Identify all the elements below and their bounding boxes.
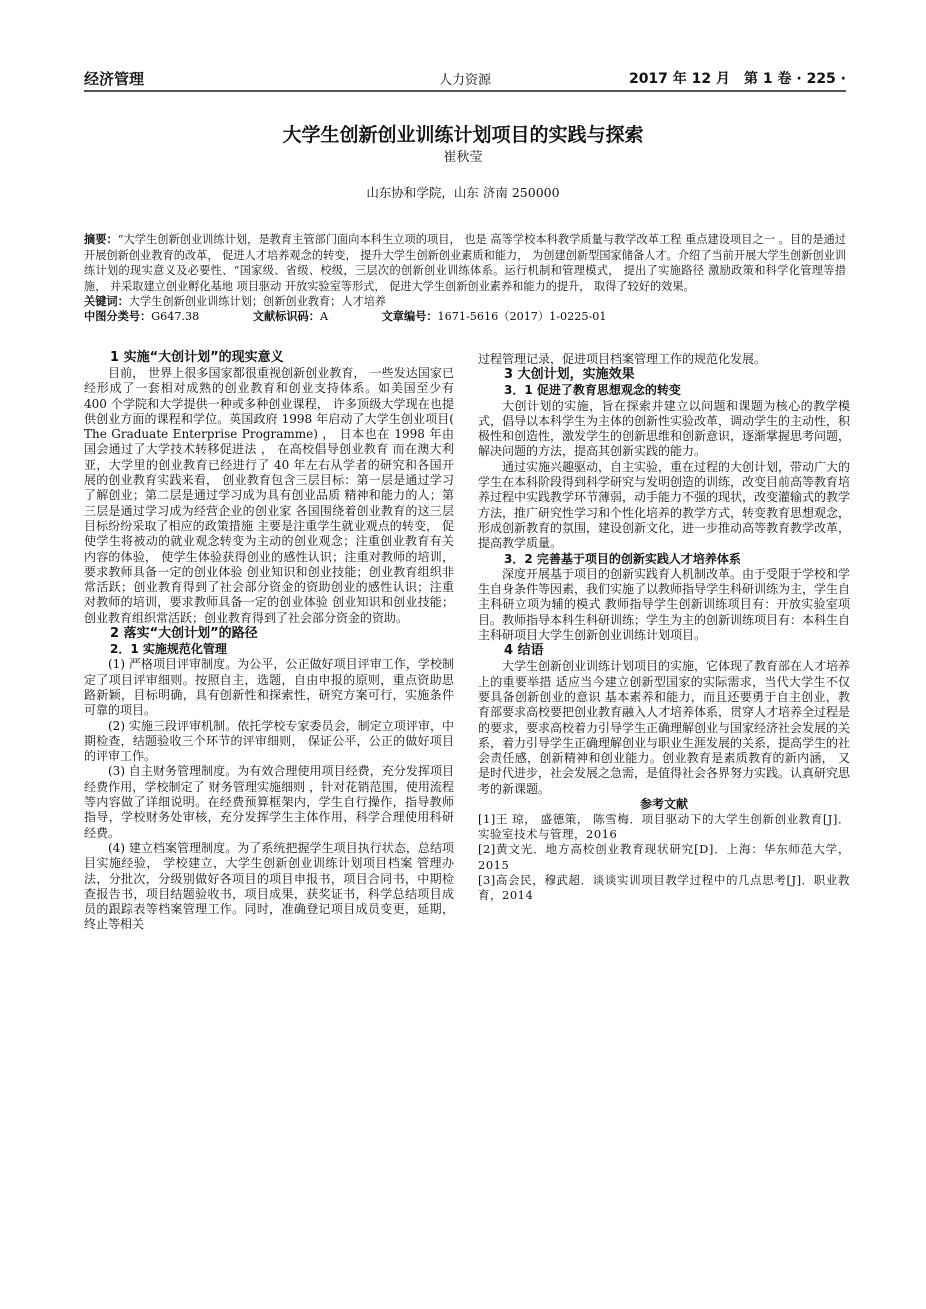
- doc-code-label: 文献标识码：: [253, 310, 320, 323]
- article-no-value: 1671-5616（2017）1-0225-01: [438, 310, 607, 323]
- article-author: 崔秋莹: [0, 146, 926, 165]
- running-header: 经济管理 人力资源 2017 年 12 月 第 1 卷 · 225 ·: [84, 68, 846, 92]
- section-1-heading: 1 实施“大创计划”的现实意义: [84, 350, 454, 366]
- keywords-label: 关键词：: [84, 295, 129, 308]
- left-column: 1 实施“大创计划”的现实意义 目前， 世界上很多国家都很重视创新创业教育， 一…: [84, 350, 454, 933]
- section-2-1-paragraph-1: (1) 严格项目评审制度。为公平，公正做好项目评审工作，学校制定了项目评审细则。…: [84, 657, 454, 718]
- section-3-1-paragraph-1: 大创计划的实施，旨在探索并建立以问题和课题为核心的教学模式，倡导以本科学生为主体…: [478, 399, 850, 460]
- abstract-block: 摘要：“大学生创新创业训练计划，是教育主管部门面向本科生立项的项目， 也是 高等…: [84, 232, 846, 324]
- section-2-1-paragraph-4: (4) 建立档案管理制度。为了系统把握学生项目执行状态，总结项目实施经验， 学校…: [84, 841, 454, 933]
- clc-label: 中图分类号：: [84, 310, 151, 323]
- right-column: 过程管理记录，促进项目档案管理工作的规范化发展。 3 大创计划，实施效果 3．1…: [478, 352, 850, 903]
- issue-info: 2017 年 12 月 第 1 卷 · 225 ·: [629, 68, 846, 88]
- section-4-paragraph: 大学生创新创业训练计划项目的实施，它体现了教育部在人才培养上的重要举措 适应当今…: [478, 659, 850, 797]
- abstract: 摘要：“大学生创新创业训练计划，是教育主管部门面向本科生立项的项目， 也是 高等…: [84, 232, 846, 294]
- section-2-heading: 2 落实“大创计划”的路径: [84, 626, 454, 642]
- section-1-paragraph: 目前， 世界上很多国家都很重视创新创业教育， 一些发达国家已经形成了一套相对成熟…: [84, 366, 454, 626]
- article-title: 大学生创新创业训练计划项目的实践与探索: [0, 120, 926, 147]
- abstract-text: “大学生创新创业训练计划，是教育主管部门面向本科生立项的项目， 也是 高等学校本…: [84, 233, 846, 293]
- author-affiliation: 山东协和学院，山东 济南 250000: [0, 183, 926, 201]
- section-3-2-heading: 3．2 完善基于项目的创新实践人才培养体系: [478, 552, 850, 567]
- section-3-1-heading: 3．1 促进了教育思想观念的转变: [478, 383, 850, 398]
- keywords-text: 大学生创新创业训练计划；创新创业教育；人才培养: [129, 295, 386, 308]
- continued-paragraph: 过程管理记录，促进项目档案管理工作的规范化发展。: [478, 352, 850, 367]
- section-4-heading: 4 结语: [478, 643, 850, 659]
- section-3-heading: 3 大创计划，实施效果: [478, 367, 850, 383]
- classification-line: 中图分类号：G647.38 文献标识码：A 文章编号：1671-5616（201…: [84, 309, 846, 324]
- article-no-label: 文章编号：: [382, 310, 438, 323]
- reference-item: [3]高会民，穆武超．谈谈实训项目教学过程中的几点思考[J]．职业教育，2014: [478, 873, 850, 903]
- doc-code-value: A: [320, 310, 328, 323]
- section-2-1-paragraph-3: (3) 自主财务管理制度。为有效合理使用项目经费，充分发挥项目经费作用，学校制定…: [84, 764, 454, 840]
- reference-item: [1]王 琼， 盛德策， 陈雪梅．项目驱动下的大学生创新创业教育[J]．实验室技…: [478, 812, 850, 842]
- abstract-label: 摘要：: [84, 233, 118, 246]
- keywords: 关键词：大学生创新创业训练计划；创新创业教育；人才培养: [84, 294, 846, 309]
- section-2-1-paragraph-2: (2) 实施三段评审机制。依托学校专家委员会，制定立项评审，中期检查，结题验收三…: [84, 719, 454, 765]
- section-2-1-heading: 2．1 实施规范化管理: [84, 642, 454, 657]
- reference-item: [2]黄文光．地方高校创业教育现状研究[D]．上海：华东师范大学， 2015: [478, 842, 850, 872]
- section-3-2-paragraph: 深度开展基于项目的创新实践育人机制改革。由于受限于学校和学生自身条件等因素，我们…: [478, 567, 850, 643]
- section-3-1-paragraph-2: 通过实施兴趣驱动，自主实验，重在过程的大创计划，带动广大的学生在本科阶段得到科学…: [478, 460, 850, 552]
- clc-value: G647.38: [151, 310, 199, 323]
- references-heading: 参考文献: [478, 797, 850, 812]
